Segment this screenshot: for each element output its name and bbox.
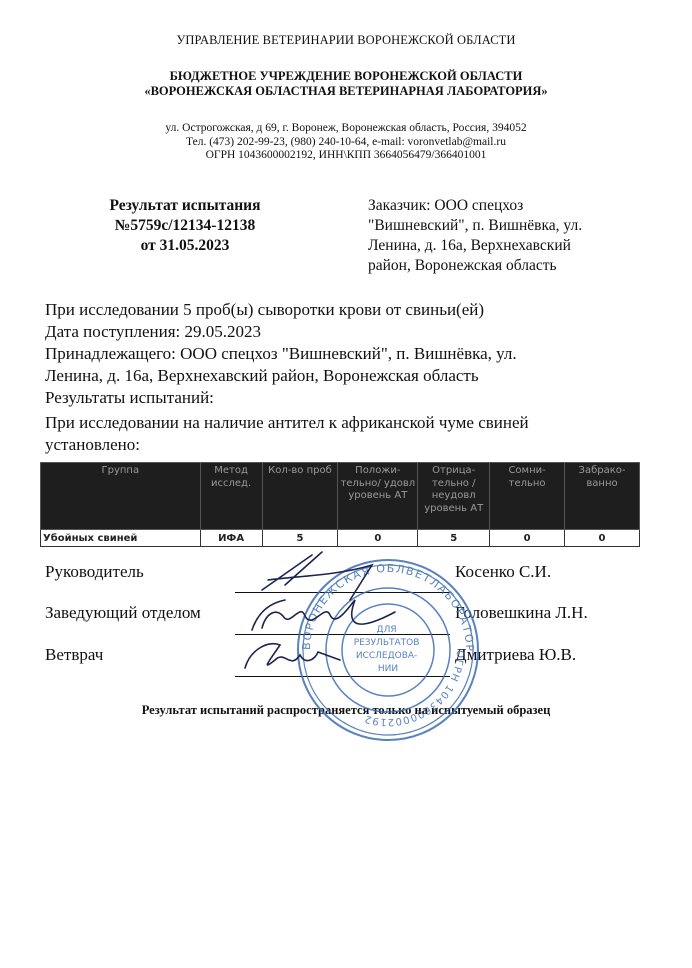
signature-line-department	[235, 634, 450, 635]
results-heading: Результаты испытаний:	[45, 387, 665, 409]
signature-line-vet	[235, 676, 450, 677]
result-date: от 31.05.2023	[95, 236, 275, 256]
cell-rejected: 0	[565, 530, 640, 547]
signature-role-head: Руководитель	[45, 562, 144, 582]
results-table: Группа Метод исслед. Кол-во проб Положи-…	[40, 462, 640, 547]
header-count: Кол-во проб	[262, 463, 338, 530]
cell-positive: 0	[338, 530, 418, 547]
study-line-2: установлено:	[45, 434, 665, 456]
customer-block: Заказчик: ООО спецхоз "Вишневский", п. В…	[368, 196, 648, 276]
cell-group: Убойных свиней	[41, 530, 201, 547]
result-title-line-1: Результат испытания	[95, 196, 275, 216]
result-title: Результат испытания №5759с/12134-12138 о…	[95, 196, 275, 256]
header-rejected: Забрако-ванно	[565, 463, 640, 530]
customer-line-3: Ленина, д. 16а, Верхнехавский	[368, 236, 648, 256]
signature-name-head: Косенко С.И.	[455, 562, 551, 582]
registration-numbers: ОГРН 1043600002192, ИНН\КПП 3664056479/3…	[0, 149, 692, 163]
header-method: Метод исслед.	[200, 463, 262, 530]
customer-line-1: Заказчик: ООО спецхоз	[368, 196, 648, 216]
footer-note: Результат испытаний распространяется тол…	[0, 703, 692, 718]
svg-text:ДЛЯ РЕЗУЛЬТАТОВ ИС: ДЛЯ РЕЗУЛЬТАТОВ ИССЛЕДОВА- НИИ	[354, 625, 423, 674]
samples-text: При исследовании 5 проб(ы) сыворотки кро…	[45, 299, 665, 321]
institution-name: БЮДЖЕТНОЕ УЧРЕЖДЕНИЕ ВОРОНЕЖСКОЙ ОБЛАСТИ…	[0, 69, 692, 99]
table-header-row: Группа Метод исслед. Кол-во проб Положи-…	[41, 463, 640, 530]
owner-line-1: Принадлежащего: ООО спецхоз "Вишневский"…	[45, 343, 665, 365]
signature-role-department: Заведующий отделом	[45, 603, 201, 623]
handwritten-signature-icons	[245, 552, 395, 668]
header-group: Группа	[41, 463, 201, 530]
phones-email: Тел. (473) 202-99-23, (980) 240-10-64, e…	[0, 136, 692, 150]
institution-line-2: «ВОРОНЕЖСКАЯ ОБЛАСТНАЯ ВЕТЕРИНАРНАЯ ЛАБО…	[0, 84, 692, 99]
header-positive: Положи-тельно/ удовл уровень АТ	[338, 463, 418, 530]
address: ул. Острогожская, д 69, г. Воронеж, Воро…	[0, 122, 692, 136]
contact-block: ул. Острогожская, д 69, г. Воронеж, Воро…	[0, 122, 692, 163]
signature-line-head	[235, 592, 450, 593]
cell-negative: 5	[418, 530, 490, 547]
institution-line-1: БЮДЖЕТНОЕ УЧРЕЖДЕНИЕ ВОРОНЕЖСКОЙ ОБЛАСТИ	[0, 69, 692, 84]
header-doubtful: Сомни-тельно	[490, 463, 565, 530]
table-row: Убойных свиней ИФА 5 0 5 0 0	[41, 530, 640, 547]
body-text: При исследовании 5 проб(ы) сыворотки кро…	[45, 299, 665, 456]
signature-name-vet: Дмитриева Ю.В.	[455, 645, 576, 665]
signature-name-department: Головешкина Л.Н.	[455, 603, 588, 623]
cell-method: ИФА	[200, 530, 262, 547]
result-number: №5759с/12134-12138	[95, 216, 275, 236]
customer-line-4: район, Воронежская область	[368, 256, 648, 276]
header-negative: Отрица-тельно / неудовл уровень АТ	[418, 463, 490, 530]
customer-line-2: "Вишневский", п. Вишнёвка, ул.	[368, 216, 648, 236]
cell-count: 5	[262, 530, 338, 547]
received-date: Дата поступления: 29.05.2023	[45, 321, 665, 343]
cell-doubtful: 0	[490, 530, 565, 547]
study-line-1: При исследовании на наличие антител к аф…	[45, 412, 665, 434]
signature-role-vet: Ветврач	[45, 645, 103, 665]
authority-name: УПРАВЛЕНИЕ ВЕТЕРИНАРИИ ВОРОНЕЖСКОЙ ОБЛАС…	[0, 33, 692, 48]
owner-line-2: Ленина, д. 16а, Верхнехавский район, Вор…	[45, 365, 665, 387]
